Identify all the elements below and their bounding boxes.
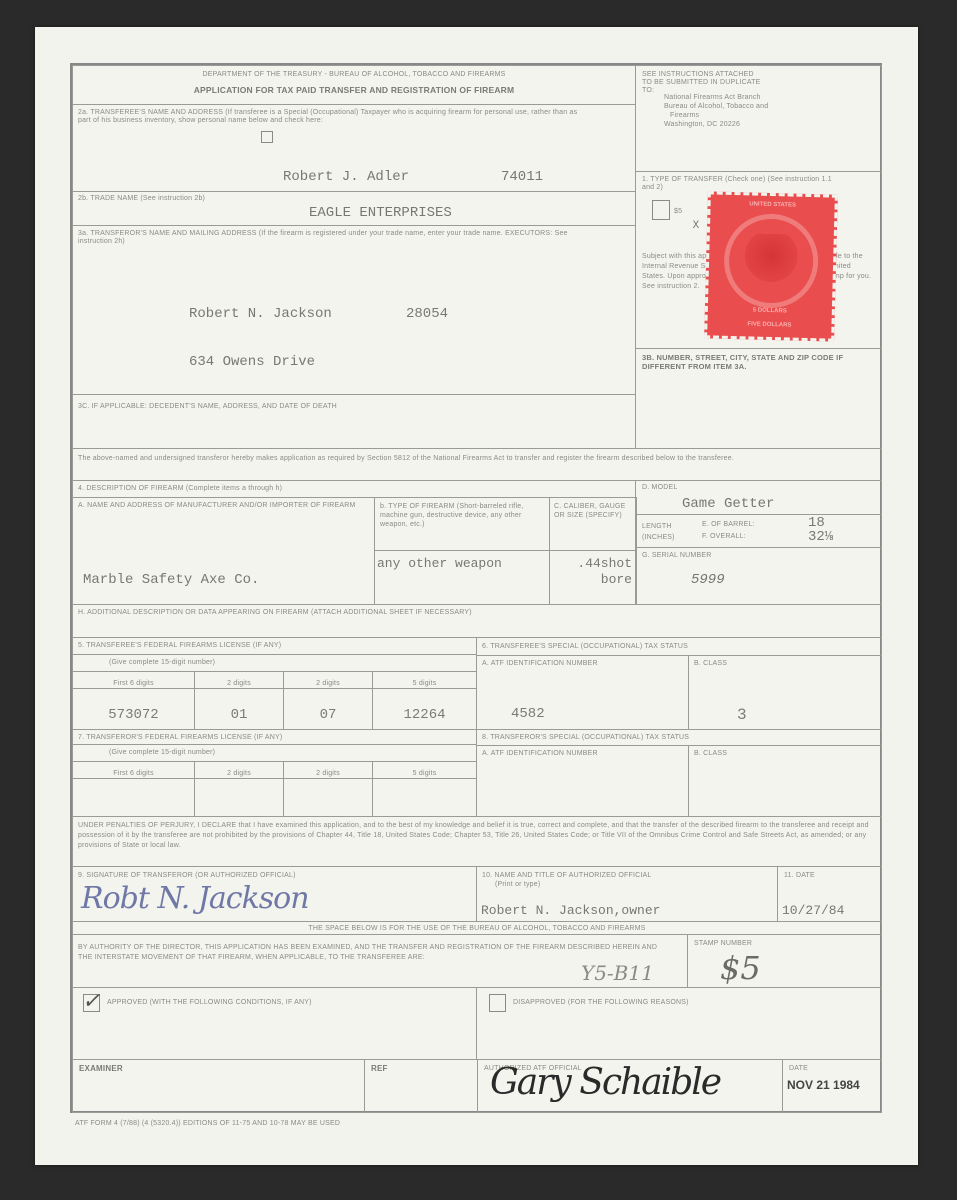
ffl5-val-2: 01 <box>194 688 284 730</box>
department-line: DEPARTMENT OF THE TREASURY - BUREAU OF A… <box>73 71 635 79</box>
length-label: LENGTH (Inches) <box>642 521 678 543</box>
item-9-label: 9. SIGNATURE OF TRANSFEROR (Or authorize… <box>78 872 296 880</box>
atf-official-signature: Gary Schaible <box>490 1062 720 1103</box>
examiner-label: EXAMINER <box>79 1065 123 1073</box>
mail-to-line-2: Bureau of Alcohol, Tobacco and <box>664 102 768 111</box>
item-4-label: 4. DESCRIPTION OF FIREARM (Complete item… <box>78 485 282 493</box>
mail-to-line-1: National Firearms Act Branch <box>664 93 768 102</box>
ffl7-val-3[interactable] <box>283 778 373 817</box>
transferor-signature-ink: Robt N. Jackson <box>81 881 309 916</box>
form-header: DEPARTMENT OF THE TREASURY - BUREAU OF A… <box>72 65 636 105</box>
barrel-label: e. OF BARREL: <box>702 521 755 529</box>
transferor-atf-id: a. ATF IDENTIFICATION NUMBER <box>476 745 689 817</box>
ffl7-val-2[interactable] <box>194 778 284 817</box>
stamp-number-value: $5 <box>720 949 761 987</box>
approved-checkbox[interactable]: ✓ <box>83 994 100 1012</box>
ffl5-col-2: 2 digits <box>194 671 284 689</box>
item-7-sub: (Give complete 15-digit number) <box>109 749 215 757</box>
stamp-denomination: 5 DOLLARS <box>708 306 832 315</box>
checked-mark: X <box>693 220 700 232</box>
instructions-line-1: SEE INSTRUCTIONS ATTACHED <box>642 71 761 79</box>
perjury-statement: UNDER PENALTIES OF PERJURY, I DECLARE th… <box>72 816 882 867</box>
approval-date-value: NOV 21 1984 <box>787 1078 860 1092</box>
transferor-class: b. CLASS <box>688 745 882 817</box>
additional-description: h. ADDITIONAL DESCRIPTION OR DATA APPEAR… <box>72 604 882 638</box>
transferee-ffl-sub: (Give complete 15-digit number) <box>72 654 477 672</box>
examiner: EXAMINER <box>72 1059 365 1113</box>
form-footer: ATF FORM 4 (7/88) (4 (5320.4)) EDITIONS … <box>75 1120 340 1128</box>
stamp-number: STAMP NUMBER $5 <box>687 934 882 988</box>
personal-use-checkbox[interactable] <box>261 131 273 143</box>
transferor-name-address: 3a. TRANSFEROR'S NAME AND MAILING ADDRES… <box>72 225 636 395</box>
item-4d-label: d. MODEL <box>642 484 677 492</box>
transferee-class: b. CLASS 3 <box>688 655 882 730</box>
item-2a-label: 2a. TRANSFEREE'S NAME AND ADDRESS (If tr… <box>78 109 578 125</box>
ref-label: REF <box>371 1065 388 1073</box>
ffl7-col-1: First 6 digits <box>72 761 195 779</box>
caliber-value: .44shot bore <box>549 550 637 605</box>
item-6a-label: a. ATF IDENTIFICATION NUMBER <box>482 660 598 668</box>
ffl5-val-3: 07 <box>283 688 373 730</box>
ffl5-val-1: 573072 <box>72 688 195 730</box>
serial-number: g. SERIAL NUMBER 5999 <box>635 547 882 605</box>
approved-check-mark: ✓ <box>82 989 100 1014</box>
item-4h-label: h. ADDITIONAL DESCRIPTION OR DATA APPEAR… <box>78 609 472 617</box>
ffl5-val-4: 12264 <box>372 688 477 730</box>
item-11-label: 11. DATE <box>784 872 815 880</box>
mail-to-line-3: Firearms <box>664 111 768 120</box>
item-6-label: 6. TRANSFEREE'S SPECIAL (OCCUPATIONAL) T… <box>482 643 688 651</box>
transferor-ffl-sub: (Give complete 15-digit number) <box>72 744 477 762</box>
transfer-type-checkbox[interactable]: X <box>652 200 670 220</box>
ffl7-col-4: 5 digits <box>372 761 477 779</box>
official-name-title: 10. NAME AND TITLE OF AUTHORIZED OFFICIA… <box>476 866 778 922</box>
item-3c-label: 3c. IF APPLICABLE: DECEDENT'S NAME, ADDR… <box>78 403 337 411</box>
item-8b-label: b. CLASS <box>694 750 727 758</box>
declaration-intro-text: The above-named and undersigned transfer… <box>78 454 868 464</box>
firearm-description-header: 4. DESCRIPTION OF FIREARM (Complete item… <box>72 480 636 498</box>
date-signed-value: 10/27/84 <box>782 903 844 919</box>
firearm-type: b. TYPE OF FIREARM (Short-barreled rifle… <box>374 497 550 551</box>
revenue-stamp: UNITED STATES 5 DOLLARS FIVE DOLLARS <box>704 191 838 341</box>
serial-value: 5999 <box>691 572 725 588</box>
disapproved-checkbox[interactable] <box>489 994 506 1012</box>
disapproved-section: DISAPPROVED (For the following reasons) <box>476 987 882 1060</box>
handwritten-code: Y5-B11 <box>581 961 654 985</box>
model: d. MODEL Game Getter <box>635 480 882 515</box>
transferee-zip: 74011 <box>501 169 543 185</box>
transferee-atf-id: a. ATF IDENTIFICATION NUMBER 4582 <box>476 655 689 730</box>
item-4g-label: g. SERIAL NUMBER <box>642 552 711 560</box>
transferor-name: Robert N. Jackson <box>189 306 332 322</box>
approved-label: APPROVED (With the following conditions,… <box>107 999 312 1007</box>
ffl7-val-1[interactable] <box>72 778 195 817</box>
item-7-label: 7. TRANSFEROR'S FEDERAL FIREARMS LICENSE… <box>78 734 282 742</box>
eagle-icon <box>741 233 800 288</box>
transferee-tax-status: 6. TRANSFEREE'S SPECIAL (OCCUPATIONAL) T… <box>476 637 882 656</box>
official-name-value: Robert N. Jackson,owner <box>481 903 660 919</box>
transferee-name: Robert J. Adler <box>283 169 409 185</box>
item-4a-label: a. NAME AND ADDRESS OF MANUFACTURER AND/… <box>78 502 358 510</box>
atf-use-banner: THE SPACE BELOW IS FOR THE USE OF THE BU… <box>72 921 882 935</box>
item-5-sub: (Give complete 15-digit number) <box>109 659 215 667</box>
approval-date: DATE NOV 21 1984 <box>782 1059 882 1113</box>
item-6b-value: 3 <box>737 706 747 724</box>
transferor-signature: 9. SIGNATURE OF TRANSFEROR (Or authorize… <box>72 866 477 922</box>
item-8-label: 8. TRANSFEROR'S SPECIAL (OCCUPATIONAL) T… <box>482 734 689 742</box>
approved-section: ✓ APPROVED (With the following condition… <box>72 987 477 1060</box>
stamp-top-text: UNITED STATES <box>711 200 835 209</box>
stamp-bottom-text: FIVE DOLLARS <box>707 320 831 329</box>
ffl7-col-2: 2 digits <box>194 761 284 779</box>
transferor-tax-status: 8. TRANSFEROR'S SPECIAL (OCCUPATIONAL) T… <box>476 729 882 746</box>
authority-text: BY AUTHORITY OF THE DIRECTOR, THIS APPLI… <box>78 943 658 963</box>
mail-to-line-4: Washington, DC 20226 <box>664 120 768 129</box>
ffl7-val-4[interactable] <box>372 778 477 817</box>
ffl7-col-3: 2 digits <box>283 761 373 779</box>
transferee-name-address: 2a. TRANSFEREE'S NAME AND ADDRESS (If tr… <box>72 104 636 192</box>
trade-name-value: EAGLE ENTERPRISES <box>309 205 452 221</box>
ffl5-col-1: First 6 digits <box>72 671 195 689</box>
item-10-sub: (Print or type) <box>495 881 540 889</box>
perjury-text: UNDER PENALTIES OF PERJURY, I DECLARE th… <box>78 821 873 851</box>
manufacturer-name: Marble Safety Axe Co. <box>83 572 259 588</box>
approval-date-label: DATE <box>789 1065 808 1073</box>
item-3b-label: 3b. NUMBER, STREET, CITY, STATE AND ZIP … <box>642 353 862 371</box>
alt-address: 3b. NUMBER, STREET, CITY, STATE AND ZIP … <box>635 348 882 449</box>
instructions-line-2: TO BE SUBMITTED IN DUPLICATE <box>642 79 761 87</box>
caliber: c. CALIBER, GAUGE OR SIZE (Specify) <box>549 497 637 551</box>
mailing-instructions: SEE INSTRUCTIONS ATTACHED TO BE SUBMITTE… <box>635 65 882 172</box>
transferor-street: 634 Owens Drive <box>189 354 332 370</box>
reference: REF <box>364 1059 478 1113</box>
length: LENGTH (Inches) e. OF BARREL: f. OVERALL… <box>635 514 882 548</box>
manufacturer: a. NAME AND ADDRESS OF MANUFACTURER AND/… <box>72 497 375 605</box>
transfer-option-label: $5 <box>674 208 682 216</box>
form-title: APPLICATION FOR TAX PAID TRANSFER AND RE… <box>73 86 635 94</box>
ffl5-col-4: 5 digits <box>372 671 477 689</box>
ffl5-col-3: 2 digits <box>283 671 373 689</box>
item-4b-label: b. TYPE OF FIREARM (Short-barreled rifle… <box>380 502 545 529</box>
item-2b-label: 2b. TRADE NAME (See instruction 2b) <box>78 195 205 203</box>
stamp-number-label: STAMP NUMBER <box>694 940 752 948</box>
overall-label: f. OVERALL: <box>702 533 746 541</box>
declaration-intro: The above-named and undersigned transfer… <box>72 448 882 481</box>
item-5-label: 5. TRANSFEREE'S FEDERAL FIREARMS LICENSE… <box>78 642 281 650</box>
atf-use-banner-text: THE SPACE BELOW IS FOR THE USE OF THE BU… <box>73 925 881 933</box>
trade-name: 2b. TRADE NAME (See instruction 2b) EAGL… <box>72 191 636 226</box>
item-6a-value: 4582 <box>511 706 545 722</box>
overall-value: 32⅛ <box>808 529 833 545</box>
decedent-info: 3c. IF APPLICABLE: DECEDENT'S NAME, ADDR… <box>72 394 636 449</box>
item-6b-label: b. CLASS <box>694 660 727 668</box>
item-8a-label: a. ATF IDENTIFICATION NUMBER <box>482 750 598 758</box>
caliber-text: .44shot bore <box>554 556 632 588</box>
firearm-type-text: any other weapon <box>377 556 502 572</box>
date-signed: 11. DATE 10/27/84 <box>777 866 882 922</box>
transferor-zip: 28054 <box>406 306 448 322</box>
item-4c-label: c. CALIBER, GAUGE OR SIZE (Specify) <box>554 502 632 520</box>
disapproved-label: DISAPPROVED (For the following reasons) <box>513 999 689 1007</box>
firearm-type-value: any other weapon <box>374 550 550 605</box>
authority-statement: BY AUTHORITY OF THE DIRECTOR, THIS APPLI… <box>72 934 688 988</box>
item-1-label: 1. TYPE OF TRANSFER (Check one) (See ins… <box>642 176 842 192</box>
item-10-label: 10. NAME AND TITLE OF AUTHORIZED OFFICIA… <box>482 872 652 880</box>
item-3a-label: 3a. TRANSFEROR'S NAME AND MAILING ADDRES… <box>78 230 578 246</box>
model-value: Game Getter <box>682 496 774 512</box>
